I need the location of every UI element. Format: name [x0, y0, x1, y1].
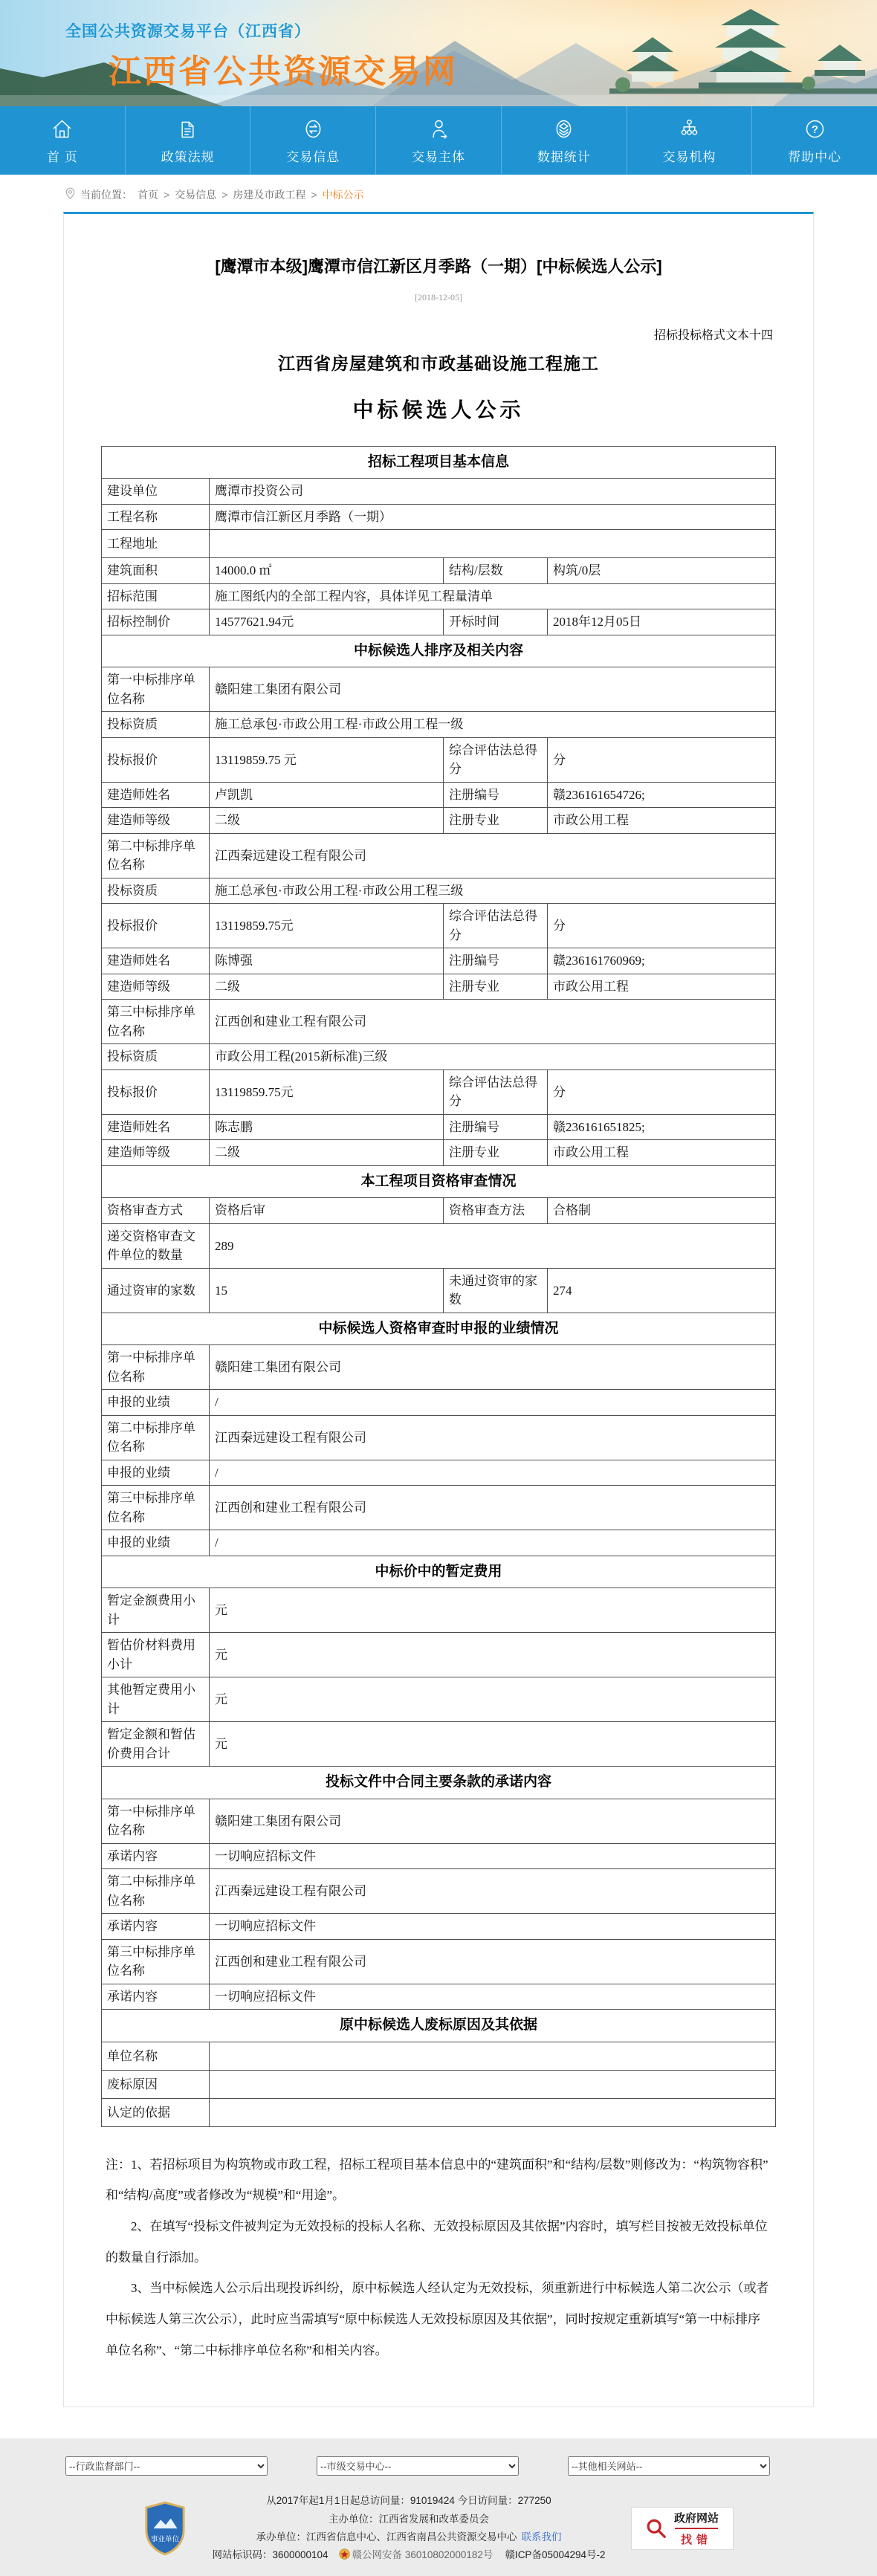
table-value-cell: 施工总承包·市政公用工程·市政公用工程三级 — [210, 878, 776, 904]
table-value-cell: 资格后审 — [210, 1198, 444, 1224]
table-row: 第二中标排序单位名称江西秦远建设工程有限公司 — [102, 1415, 776, 1460]
table-row: 投标资质施工总承包·市政公用工程·市政公用工程一级 — [102, 712, 776, 738]
gov-site-error-report-badge[interactable]: 政府网站 找错 — [631, 2507, 734, 2550]
breadcrumb-home[interactable]: 首页 — [137, 187, 158, 202]
footer-select-row: --行政监督部门----市级交易中心----其他相关网站-- — [0, 2456, 877, 2476]
table-label-cell: 申报的业绩 — [102, 1530, 210, 1556]
table-value-cell — [210, 2042, 776, 2070]
table-section-header: 招标工程项目基本信息 — [102, 446, 776, 479]
site-code: 网站标识码：3600000104 — [212, 2549, 328, 2560]
table-label-cell: 建造师等级 — [102, 974, 210, 1000]
table-row: 投标报价13119859.75元综合评估法总得分分 — [102, 1069, 776, 1114]
table-label-cell: 承诺内容 — [102, 1984, 210, 2010]
table-label-cell: 建造师姓名 — [102, 782, 210, 808]
footer-select-2[interactable]: --市级交易中心-- — [317, 2456, 519, 2476]
table-label-cell: 第二中标排序单位名称 — [102, 1415, 210, 1460]
table-label-cell: 综合评估法总得分 — [444, 1069, 548, 1114]
table-label-cell: 注册专业 — [444, 1140, 548, 1166]
table-label-cell: 第一中标排序单位名称 — [102, 1799, 210, 1843]
table-label-cell: 工程地址 — [102, 530, 210, 558]
table-row: 第一中标排序单位名称赣阳建工集团有限公司 — [102, 1799, 776, 1843]
gov-site-error-report-label: 政府网站 找错 — [674, 2510, 719, 2547]
table-value-cell: 施工总承包·市政公用工程·市政公用工程一级 — [210, 712, 776, 738]
table-label-cell: 承诺内容 — [102, 1914, 210, 1940]
table-value-cell: / — [210, 1530, 776, 1556]
table-section-header: 原中标候选人废标原因及其依据 — [102, 2010, 776, 2042]
table-row: 暂定金额和暂估价费用合计元 — [102, 1722, 776, 1767]
table-row: 暂估价材料费用小计元 — [102, 1633, 776, 1677]
nav-item-home[interactable]: 首 页 — [0, 106, 126, 175]
police-badge-icon — [329, 2549, 352, 2560]
table-value-cell: 卢凯凯 — [210, 782, 444, 808]
table-row: 招标工程项目基本信息 — [102, 446, 776, 479]
table-row: 通过资审的家数15未通过资审的家数274 — [102, 1268, 776, 1313]
table-row: 第二中标排序单位名称江西秦远建设工程有限公司 — [102, 1869, 776, 1914]
host-unit: 主办单位：江西省发展和改革委员会 — [212, 2511, 605, 2528]
table-row: 其他暂定费用小计元 — [102, 1677, 776, 1722]
organizer-unit: 承办单位：江西省信息中心、江西省南昌公共资源交易中心 — [256, 2531, 517, 2543]
table-row: 申报的业绩/ — [102, 1530, 776, 1556]
table-value-cell: 274 — [548, 1268, 776, 1313]
table-label-cell: 暂估价材料费用小计 — [102, 1633, 210, 1677]
table-row: 建设单位鹰潭市投资公司 — [102, 479, 776, 505]
table-label-cell: 建造师等级 — [102, 1140, 210, 1166]
trade-org-icon — [677, 117, 702, 141]
public-institution-badge-label: 事业单位 — [151, 2534, 180, 2543]
table-label-cell: 招标控制价 — [102, 609, 210, 635]
table-row: 投标报价13119859.75 元综合评估法总得分分 — [102, 737, 776, 782]
visit-stats: 从2017年起1月1日起总访问量：91019424 今日访问量：277250 — [212, 2492, 605, 2510]
table-value-cell — [210, 2098, 776, 2126]
location-pin-icon — [65, 187, 75, 202]
table-row: 单位名称 — [102, 2042, 776, 2070]
article-date: [2018-12-05] — [101, 292, 776, 303]
table-value-cell: 一切响应招标文件 — [210, 1843, 776, 1869]
magnifier-icon — [645, 2517, 667, 2540]
table-value-cell: 赣236161760969; — [548, 948, 776, 974]
table-value-cell: 元 — [210, 1722, 776, 1767]
table-label-cell: 开标时间 — [444, 609, 548, 635]
table-row: 建筑面积14000.0 ㎡结构/层数构筑/0层 — [102, 558, 776, 584]
table-value-cell: 施工图纸内的全部工程内容，具体详见工程量清单 — [210, 583, 776, 609]
table-value-cell: 2018年12月05日 — [548, 609, 776, 635]
note-paragraph: 3、当中标候选人公示后出现投诉纠纷，原中标候选人经认定为无效投标，须重新进行中标… — [106, 2273, 771, 2366]
table-label-cell: 建造师等级 — [102, 808, 210, 834]
table-value-cell: 分 — [548, 1069, 776, 1114]
table-value-cell: 二级 — [210, 1140, 444, 1166]
nav-label: 政策法规 — [161, 146, 215, 165]
table-label-cell: 申报的业绩 — [102, 1390, 210, 1416]
table-section-header: 中标候选人排序及相关内容 — [102, 635, 776, 667]
table-row: 递交资格审查文件单位的数量289 — [102, 1223, 776, 1268]
table-label-cell: 注册编号 — [444, 948, 548, 974]
breadcrumb: 当前位置： 首页 > 交易信息 > 房建及市政工程 > 中标公示 — [0, 175, 877, 212]
nav-item-trade-org[interactable]: 交易机构 — [627, 106, 753, 175]
table-row: 投标文件中合同主要条款的承诺内容 — [102, 1767, 776, 1799]
table-label-cell: 第二中标排序单位名称 — [102, 833, 210, 878]
main-nav: 首 页 政策法规 交易信息 交易主体 — [0, 106, 877, 175]
table-label-cell: 投标资质 — [102, 712, 210, 738]
format-label: 招标投标格式文本十四 — [104, 326, 773, 343]
table-value-cell: / — [210, 1460, 776, 1486]
table-value-cell: 分 — [548, 737, 776, 782]
table-value-cell: 元 — [210, 1677, 776, 1722]
table-value-cell: 江西秦远建设工程有限公司 — [210, 1869, 776, 1914]
icp-number: 赣ICP备05004294号-2 — [505, 2549, 605, 2560]
announcement-table: 招标工程项目基本信息建设单位鹰潭市投资公司工程名称鹰潭市信江新区月季路（一期）工… — [101, 446, 776, 2127]
table-value-cell: 元 — [210, 1633, 776, 1677]
table-value-cell: 江西创和建业工程有限公司 — [210, 1939, 776, 1984]
table-label-cell: 工程名称 — [102, 504, 210, 530]
table-label-cell: 注册编号 — [444, 1114, 548, 1140]
table-row: 第三中标排序单位名称江西创和建业工程有限公司 — [102, 1000, 776, 1044]
breadcrumb-separator: > — [164, 189, 169, 201]
table-label-cell: 结构/层数 — [444, 558, 548, 584]
table-label-cell: 未通过资审的家数 — [444, 1268, 548, 1313]
table-row: 中标候选人排序及相关内容 — [102, 635, 776, 667]
table-row: 第一中标排序单位名称赣阳建工集团有限公司 — [102, 1345, 776, 1390]
table-value-cell: 江西秦远建设工程有限公司 — [210, 1415, 776, 1460]
table-label-cell: 投标报价 — [102, 737, 210, 782]
table-row: 招标控制价14577621.94元开标时间2018年12月05日 — [102, 609, 776, 635]
table-row: 建造师等级二级注册专业市政公用工程 — [102, 808, 776, 834]
nav-item-help[interactable]: ? 帮助中心 — [752, 106, 877, 175]
table-value-cell: 市政公用工程(2015新标准)三级 — [210, 1044, 776, 1070]
table-value-cell: 一切响应招标文件 — [210, 1914, 776, 1940]
table-row: 投标报价13119859.75元综合评估法总得分分 — [102, 904, 776, 948]
table-row: 建造师等级二级注册专业市政公用工程 — [102, 1140, 776, 1166]
table-label-cell: 申报的业绩 — [102, 1460, 210, 1486]
organizer-line: 承办单位：江西省信息中心、江西省南昌公共资源交易中心联系我们 — [212, 2528, 605, 2546]
note-paragraph: 注：1、若招标项目为构筑物或市政工程，招标工程项目基本信息中的“建筑面积”和“结… — [106, 2149, 771, 2211]
table-value-cell: 市政公用工程 — [548, 974, 776, 1000]
table-value-cell: 赣236161651825; — [548, 1114, 776, 1140]
table-label-cell: 第一中标排序单位名称 — [102, 1345, 210, 1390]
table-row: 建造师姓名卢凯凯注册编号赣236161654726; — [102, 782, 776, 808]
table-label-cell: 投标报价 — [102, 1069, 210, 1114]
table-row: 工程名称鹰潭市信江新区月季路（一期） — [102, 504, 776, 530]
table-section-header: 中标候选人资格审查时申报的业绩情况 — [102, 1313, 776, 1345]
registration-line: 网站标识码：3600000104赣公网安备 36010802000182号赣IC… — [212, 2546, 605, 2564]
table-row: 承诺内容一切响应招标文件 — [102, 1914, 776, 1940]
table-row: 中标价中的暂定费用 — [102, 1556, 776, 1588]
article-title: [鹰潭市本级]鹰潭市信江新区月季路（一期）[中标候选人公示] — [101, 256, 776, 279]
nav-item-policy[interactable]: 政策法规 — [126, 106, 251, 175]
nav-label: 帮助中心 — [788, 146, 841, 165]
table-section-header: 中标价中的暂定费用 — [102, 1556, 776, 1588]
table-label-cell: 第三中标排序单位名称 — [102, 1486, 210, 1530]
table-value-cell: 江西创和建业工程有限公司 — [210, 1000, 776, 1044]
table-label-cell: 暂定金额和暂估价费用合计 — [102, 1722, 210, 1767]
table-value-cell: 合格制 — [548, 1198, 776, 1224]
table-label-cell: 投标资质 — [102, 878, 210, 904]
table-row: 废标原因 — [102, 2070, 776, 2098]
table-label-cell: 第三中标排序单位名称 — [102, 1000, 210, 1044]
table-row: 申报的业绩/ — [102, 1390, 776, 1416]
table-value-cell: 分 — [548, 904, 776, 948]
table-row: 原中标候选人废标原因及其依据 — [102, 2010, 776, 2042]
table-label-cell: 建设单位 — [102, 479, 210, 505]
table-value-cell: 鹰潭市投资公司 — [210, 479, 776, 505]
table-value-cell: 13119859.75元 — [210, 904, 444, 948]
table-label-cell: 注册编号 — [444, 782, 548, 808]
contact-us-link[interactable]: 联系我们 — [521, 2531, 561, 2543]
table-row: 工程地址 — [102, 530, 776, 558]
nav-item-trade-subject[interactable]: 交易主体 — [376, 106, 502, 175]
breadcrumb-current: 中标公示 — [323, 187, 364, 202]
table-value-cell — [210, 530, 776, 558]
table-value-cell: 14577621.94元 — [210, 609, 444, 635]
table-label-cell: 建筑面积 — [102, 558, 210, 584]
table-label-cell: 注册专业 — [444, 808, 548, 834]
table-value-cell: 13119859.75 元 — [210, 737, 444, 782]
public-institution-badge[interactable]: 事业单位 — [143, 2501, 187, 2556]
platform-title: 全国公共资源交易平台（江西省） — [65, 19, 877, 42]
table-row: 承诺内容一切响应招标文件 — [102, 1984, 776, 2010]
trade-info-icon — [301, 117, 326, 141]
header-banner: 全国公共资源交易平台（江西省） 江西省公共资源交易网 — [0, 0, 877, 106]
announcement-table-body: 招标工程项目基本信息建设单位鹰潭市投资公司工程名称鹰潭市信江新区月季路（一期）工… — [102, 446, 776, 2126]
trade-subject-icon — [427, 117, 451, 141]
help-center-icon: ? — [803, 117, 827, 141]
table-label-cell: 招标范围 — [102, 583, 210, 609]
table-row: 暂定金额费用小计元 — [102, 1588, 776, 1633]
table-label-cell: 注册专业 — [444, 974, 548, 1000]
breadcrumb-separator: > — [221, 189, 227, 201]
table-label-cell: 第三中标排序单位名称 — [102, 1939, 210, 1984]
content-panel: [鹰潭市本级]鹰潭市信江新区月季路（一期）[中标候选人公示] [2018-12-… — [63, 212, 814, 2407]
breadcrumb-trade-info[interactable]: 交易信息 — [175, 187, 216, 202]
table-row: 第三中标排序单位名称江西创和建业工程有限公司 — [102, 1939, 776, 1984]
table-value-cell: 市政公用工程 — [548, 808, 776, 834]
nav-item-data-stats[interactable]: 数据统计 — [502, 106, 627, 175]
table-label-cell: 综合评估法总得分 — [444, 904, 548, 948]
table-value-cell: 一切响应招标文件 — [210, 1984, 776, 2010]
breadcrumb-separator: > — [311, 189, 317, 201]
table-label-cell: 单位名称 — [102, 2042, 210, 2070]
table-value-cell: 江西创和建业工程有限公司 — [210, 1486, 776, 1530]
table-label-cell: 建造师姓名 — [102, 948, 210, 974]
breadcrumb-category[interactable]: 房建及市政工程 — [233, 187, 305, 202]
notes: 注：1、若招标项目为构筑物或市政工程，招标工程项目基本信息中的“建筑面积”和“结… — [106, 2149, 771, 2366]
table-value-cell: / — [210, 1390, 776, 1416]
table-label-cell: 综合评估法总得分 — [444, 737, 548, 782]
footer-select-1[interactable]: --行政监督部门-- — [65, 2456, 268, 2476]
table-row: 申报的业绩/ — [102, 1460, 776, 1486]
table-row: 中标候选人资格审查时申报的业绩情况 — [102, 1313, 776, 1345]
table-label-cell: 认定的依据 — [102, 2098, 210, 2126]
table-value-cell: 元 — [210, 1588, 776, 1633]
table-value-cell: 江西秦远建设工程有限公司 — [210, 833, 776, 878]
table-row: 本工程项目资格审查情况 — [102, 1165, 776, 1198]
home-icon — [50, 117, 74, 141]
table-label-cell: 资格审查方式 — [102, 1198, 210, 1224]
nav-label: 数据统计 — [537, 146, 591, 165]
note-paragraph: 2、在填写“投标文件被判定为无效投标的投标人名称、无效投标原因及其依据”内容时，… — [106, 2211, 771, 2273]
table-label-cell: 递交资格审查文件单位的数量 — [102, 1223, 210, 1268]
table-value-cell: 赣阳建工集团有限公司 — [210, 1799, 776, 1843]
nav-item-trade-info[interactable]: 交易信息 — [250, 106, 376, 175]
table-section-header: 投标文件中合同主要条款的承诺内容 — [102, 1767, 776, 1799]
table-label-cell: 通过资审的家数 — [102, 1268, 210, 1313]
table-section-header: 本工程项目资格审查情况 — [102, 1165, 776, 1198]
breadcrumb-prefix: 当前位置： — [80, 187, 132, 202]
table-row: 投标资质市政公用工程(2015新标准)三级 — [102, 1044, 776, 1070]
table-label-cell: 投标报价 — [102, 904, 210, 948]
table-value-cell: 赣阳建工集团有限公司 — [210, 667, 776, 712]
policy-doc-icon — [175, 117, 200, 141]
nav-label: 交易机构 — [662, 146, 716, 165]
doc-subheading: 中标候选人公示 — [101, 394, 776, 424]
nav-label: 交易主体 — [412, 146, 465, 165]
table-label-cell: 废标原因 — [102, 2070, 210, 2098]
table-value-cell: 赣阳建工集团有限公司 — [210, 1345, 776, 1390]
footer-info: 事业单位 从2017年起1月1日起总访问量：91019424 今日访问量：277… — [0, 2492, 877, 2564]
red-divider — [675, 2528, 718, 2529]
doc-heading: 江西省房屋建筑和市政基础设施工程施工 — [101, 350, 776, 375]
table-value-cell: 赣236161654726; — [548, 782, 776, 808]
table-value-cell: 14000.0 ㎡ — [210, 558, 444, 584]
table-value-cell: 陈博强 — [210, 948, 444, 974]
table-row: 投标资质施工总承包·市政公用工程·市政公用工程三级 — [102, 878, 776, 904]
table-value-cell: 15 — [210, 1268, 444, 1313]
nav-label: 交易信息 — [286, 146, 340, 165]
table-row: 第三中标排序单位名称江西创和建业工程有限公司 — [102, 1486, 776, 1530]
table-value-cell: 13119859.75元 — [210, 1069, 444, 1114]
table-row: 第二中标排序单位名称江西秦远建设工程有限公司 — [102, 833, 776, 878]
table-value-cell: 鹰潭市信江新区月季路（一期） — [210, 504, 776, 530]
table-value-cell: 二级 — [210, 808, 444, 834]
police-registration-link[interactable]: 赣公网安备 36010802000182号 — [352, 2549, 493, 2560]
footer-text-block: 从2017年起1月1日起总访问量：91019424 今日访问量：277250 主… — [212, 2492, 605, 2564]
table-value-cell: 市政公用工程 — [548, 1140, 776, 1166]
nav-label: 首 页 — [47, 146, 78, 165]
table-label-cell: 建造师姓名 — [102, 1114, 210, 1140]
table-label-cell: 承诺内容 — [102, 1843, 210, 1869]
data-stats-icon — [551, 117, 576, 141]
table-label-cell: 其他暂定费用小计 — [102, 1677, 210, 1722]
table-row: 建造师姓名陈博强注册编号赣236161760969; — [102, 948, 776, 974]
table-value-cell: 二级 — [210, 974, 444, 1000]
table-row: 认定的依据 — [102, 2098, 776, 2126]
table-label-cell: 第二中标排序单位名称 — [102, 1869, 210, 1914]
table-label-cell: 资格审查方法 — [444, 1198, 548, 1224]
table-value-cell: 构筑/0层 — [548, 558, 776, 584]
table-label-cell: 暂定金额费用小计 — [102, 1588, 210, 1633]
site-title: 江西省公共资源交易网 — [65, 45, 877, 92]
page: 全国公共资源交易平台（江西省） 江西省公共资源交易网 首 页 政策法规 — [0, 0, 877, 2576]
table-value-cell: 陈志鹏 — [210, 1114, 444, 1140]
table-row: 建造师等级二级注册专业市政公用工程 — [102, 974, 776, 1000]
table-label-cell: 第一中标排序单位名称 — [102, 667, 210, 712]
footer-select-3[interactable]: --其他相关网站-- — [568, 2456, 770, 2476]
table-label-cell: 投标资质 — [102, 1044, 210, 1070]
table-row: 第一中标排序单位名称赣阳建工集团有限公司 — [102, 667, 776, 712]
table-row: 招标范围施工图纸内的全部工程内容，具体详见工程量清单 — [102, 583, 776, 609]
table-value-cell: 289 — [210, 1223, 776, 1268]
footer: --行政监督部门----市级交易中心----其他相关网站-- 事业单位 从201… — [0, 2439, 877, 2576]
svg-text:?: ? — [812, 124, 818, 136]
banner-text: 全国公共资源交易平台（江西省） 江西省公共资源交易网 — [0, 0, 877, 92]
table-value-cell — [210, 2070, 776, 2098]
table-row: 建造师姓名陈志鹏注册编号赣236161651825; — [102, 1114, 776, 1140]
table-row: 资格审查方式资格后审资格审查方法合格制 — [102, 1198, 776, 1224]
table-row: 承诺内容一切响应招标文件 — [102, 1843, 776, 1869]
